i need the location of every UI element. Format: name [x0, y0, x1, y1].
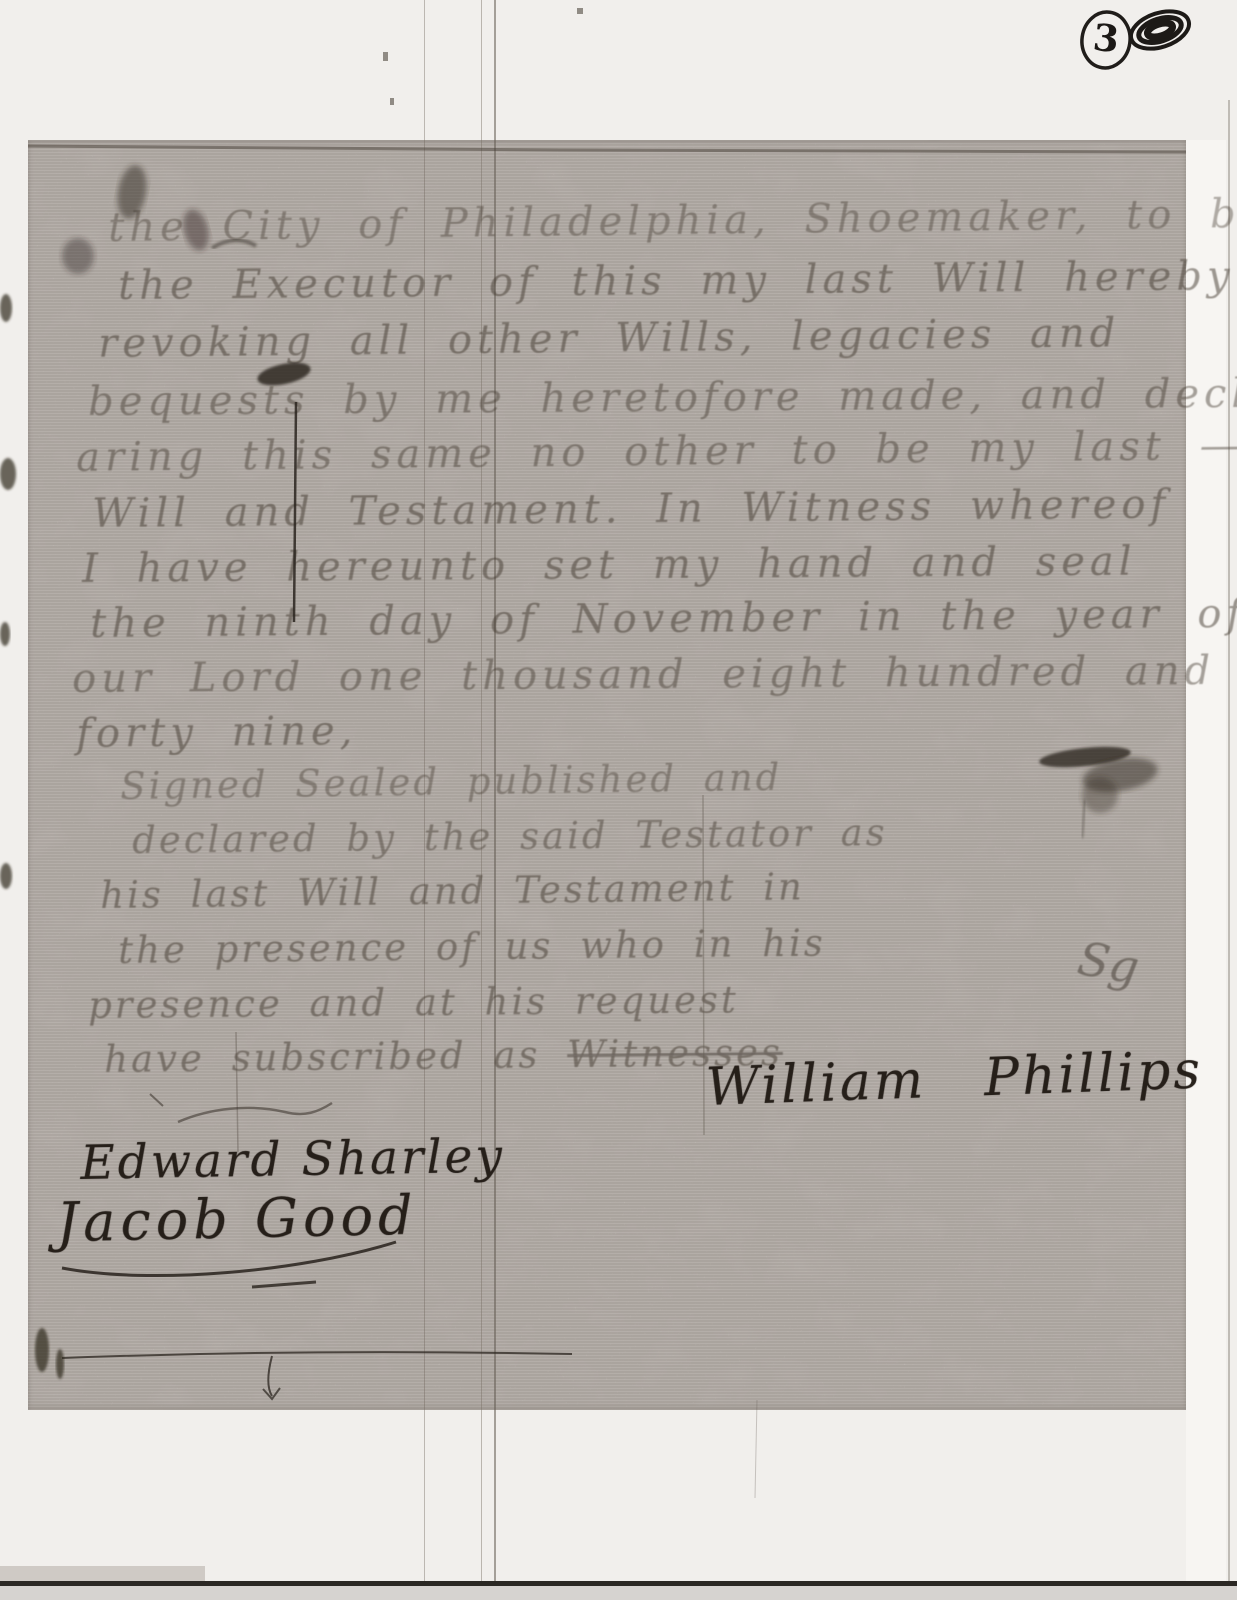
left-edge-marks	[0, 294, 64, 1379]
crease-lower-left	[236, 1032, 238, 1152]
signature-flourishes	[62, 1242, 572, 1399]
crease-center	[703, 795, 704, 1135]
scratch-below-paper	[755, 1400, 757, 1498]
ink-blot	[1038, 743, 1160, 838]
topleft-smudges	[62, 163, 256, 274]
scribble-blob	[1126, 5, 1194, 56]
attestation-flourish	[150, 1094, 332, 1122]
ink-comma-blob	[256, 359, 313, 390]
page-number-circle	[1078, 9, 1133, 71]
scanned-will-page: the City of Philadelphia, Shoemaker, to …	[0, 0, 1237, 1600]
pen-stroke-vertical	[294, 402, 296, 622]
paper-top-edge	[28, 146, 1186, 152]
stray-specks	[383, 8, 583, 105]
scan-artifacts-layer	[0, 0, 1237, 1600]
